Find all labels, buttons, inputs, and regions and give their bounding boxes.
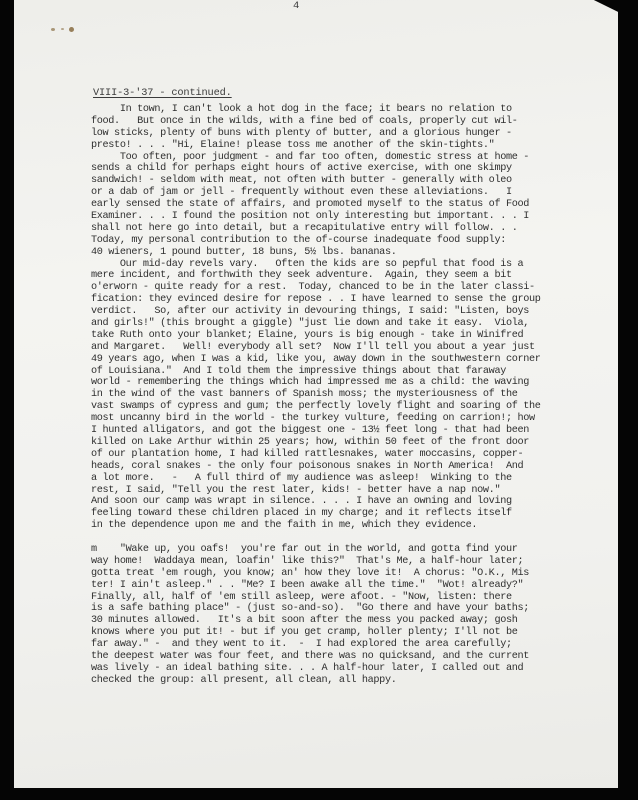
text-line: food. But once in the wilds, with a fine… — [91, 116, 611, 128]
text-line: Today, my personal contribution to the o… — [91, 235, 611, 247]
text-line: take Ruth onto your blanket; Elaine, you… — [91, 330, 611, 342]
text-line: of our plantation home, I had killed rat… — [91, 449, 611, 461]
text-line: Examiner. . . I found the position not o… — [91, 211, 611, 223]
text-line: ter! I ain't asleep." . . "Me? I been aw… — [91, 580, 611, 592]
stain-mark — [69, 27, 74, 32]
text-line: Too often, poor judgment - and far too o… — [91, 152, 611, 164]
text-line: far away." - and they went to it. - I ha… — [91, 639, 611, 651]
text-line: m "Wake up, you oafs! you're far out in … — [91, 544, 611, 556]
text-line: early sensed the state of affairs, and p… — [91, 199, 611, 211]
stain-mark — [51, 28, 55, 31]
entry-heading: VIII-3-'37 - continued. — [93, 87, 232, 99]
text-line: feeling toward these children placed in … — [91, 508, 611, 520]
text-line: shall not here go into detail, but a rec… — [91, 223, 611, 235]
text-line: 30 minutes allowed. It's a bit soon afte… — [91, 615, 611, 627]
text-line: most uncanny bird in the world - the tur… — [91, 413, 611, 425]
typewritten-body: In town, I can't look a hot dog in the f… — [91, 104, 611, 687]
paragraph-break — [91, 532, 611, 544]
text-line: and girls!" (this brought a giggle) "jus… — [91, 318, 611, 330]
text-line: in the dependence upon me and the faith … — [91, 520, 611, 532]
text-line: mere incident, and forthwith they seek a… — [91, 270, 611, 282]
text-line: Finally, all, half of 'em still asleep, … — [91, 592, 611, 604]
text-line: fication: they evinced desire for repose… — [91, 294, 611, 306]
text-line: gotta treat 'em rough, you know; an' how… — [91, 568, 611, 580]
page-number: 4 — [293, 0, 299, 12]
text-line: way home! Waddaya mean, loafin' like thi… — [91, 556, 611, 568]
text-line: sends a child for perhaps eight hours of… — [91, 163, 611, 175]
text-line: verdict. So, after our activity in devou… — [91, 306, 611, 318]
text-line: was lively - an ideal bathing site. . . … — [91, 663, 611, 675]
text-line: or a dab of jam or jell - frequently wit… — [91, 187, 611, 199]
text-line: rest, I said, "Tell you the rest later, … — [91, 485, 611, 497]
text-line: Our mid-day revels vary. Often the kids … — [91, 259, 611, 271]
text-line: and Margaret. Well! everybody all set? N… — [91, 342, 611, 354]
text-line: presto! . . . "Hi, Elaine! please toss m… — [91, 140, 611, 152]
text-line: in the wind of the vast banners of Spani… — [91, 389, 611, 401]
text-line: sandwich! - seldom with meat, not often … — [91, 175, 611, 187]
text-line: killed on Lake Arthur within 25 years; h… — [91, 437, 611, 449]
text-line: heads, coral snakes - the only four pois… — [91, 461, 611, 473]
text-line: In town, I can't look a hot dog in the f… — [91, 104, 611, 116]
text-line: checked the group: all present, all clea… — [91, 675, 611, 687]
text-line: And soon our camp was wrapt in silence. … — [91, 496, 611, 508]
text-line: world - remembering the things which had… — [91, 377, 611, 389]
text-line: low sticks, plenty of buns with plenty o… — [91, 128, 611, 140]
text-line: a lot more. - A full third of my audienc… — [91, 473, 611, 485]
text-line: I hunted alligators, and got the biggest… — [91, 425, 611, 437]
text-line: 49 years ago, when I was a kid, like you… — [91, 354, 611, 366]
text-line: the deepest water was four feet, and the… — [91, 651, 611, 663]
text-line: knows where you put it! - but if you get… — [91, 627, 611, 639]
text-line: vast swamps of cypress and gum; the perf… — [91, 401, 611, 413]
text-line: of Louisiana." And I told them the impre… — [91, 366, 611, 378]
scanned-page: 4 VIII-3-'37 - continued. In town, I can… — [0, 0, 638, 800]
text-line: 40 wieners, 1 pound butter, 18 buns, 5½ … — [91, 247, 611, 259]
text-line: o'erworn - quite ready for a rest. Today… — [91, 282, 611, 294]
stain-mark — [61, 28, 64, 30]
text-line: is a safe bathing place" - (just so-and-… — [91, 603, 611, 615]
